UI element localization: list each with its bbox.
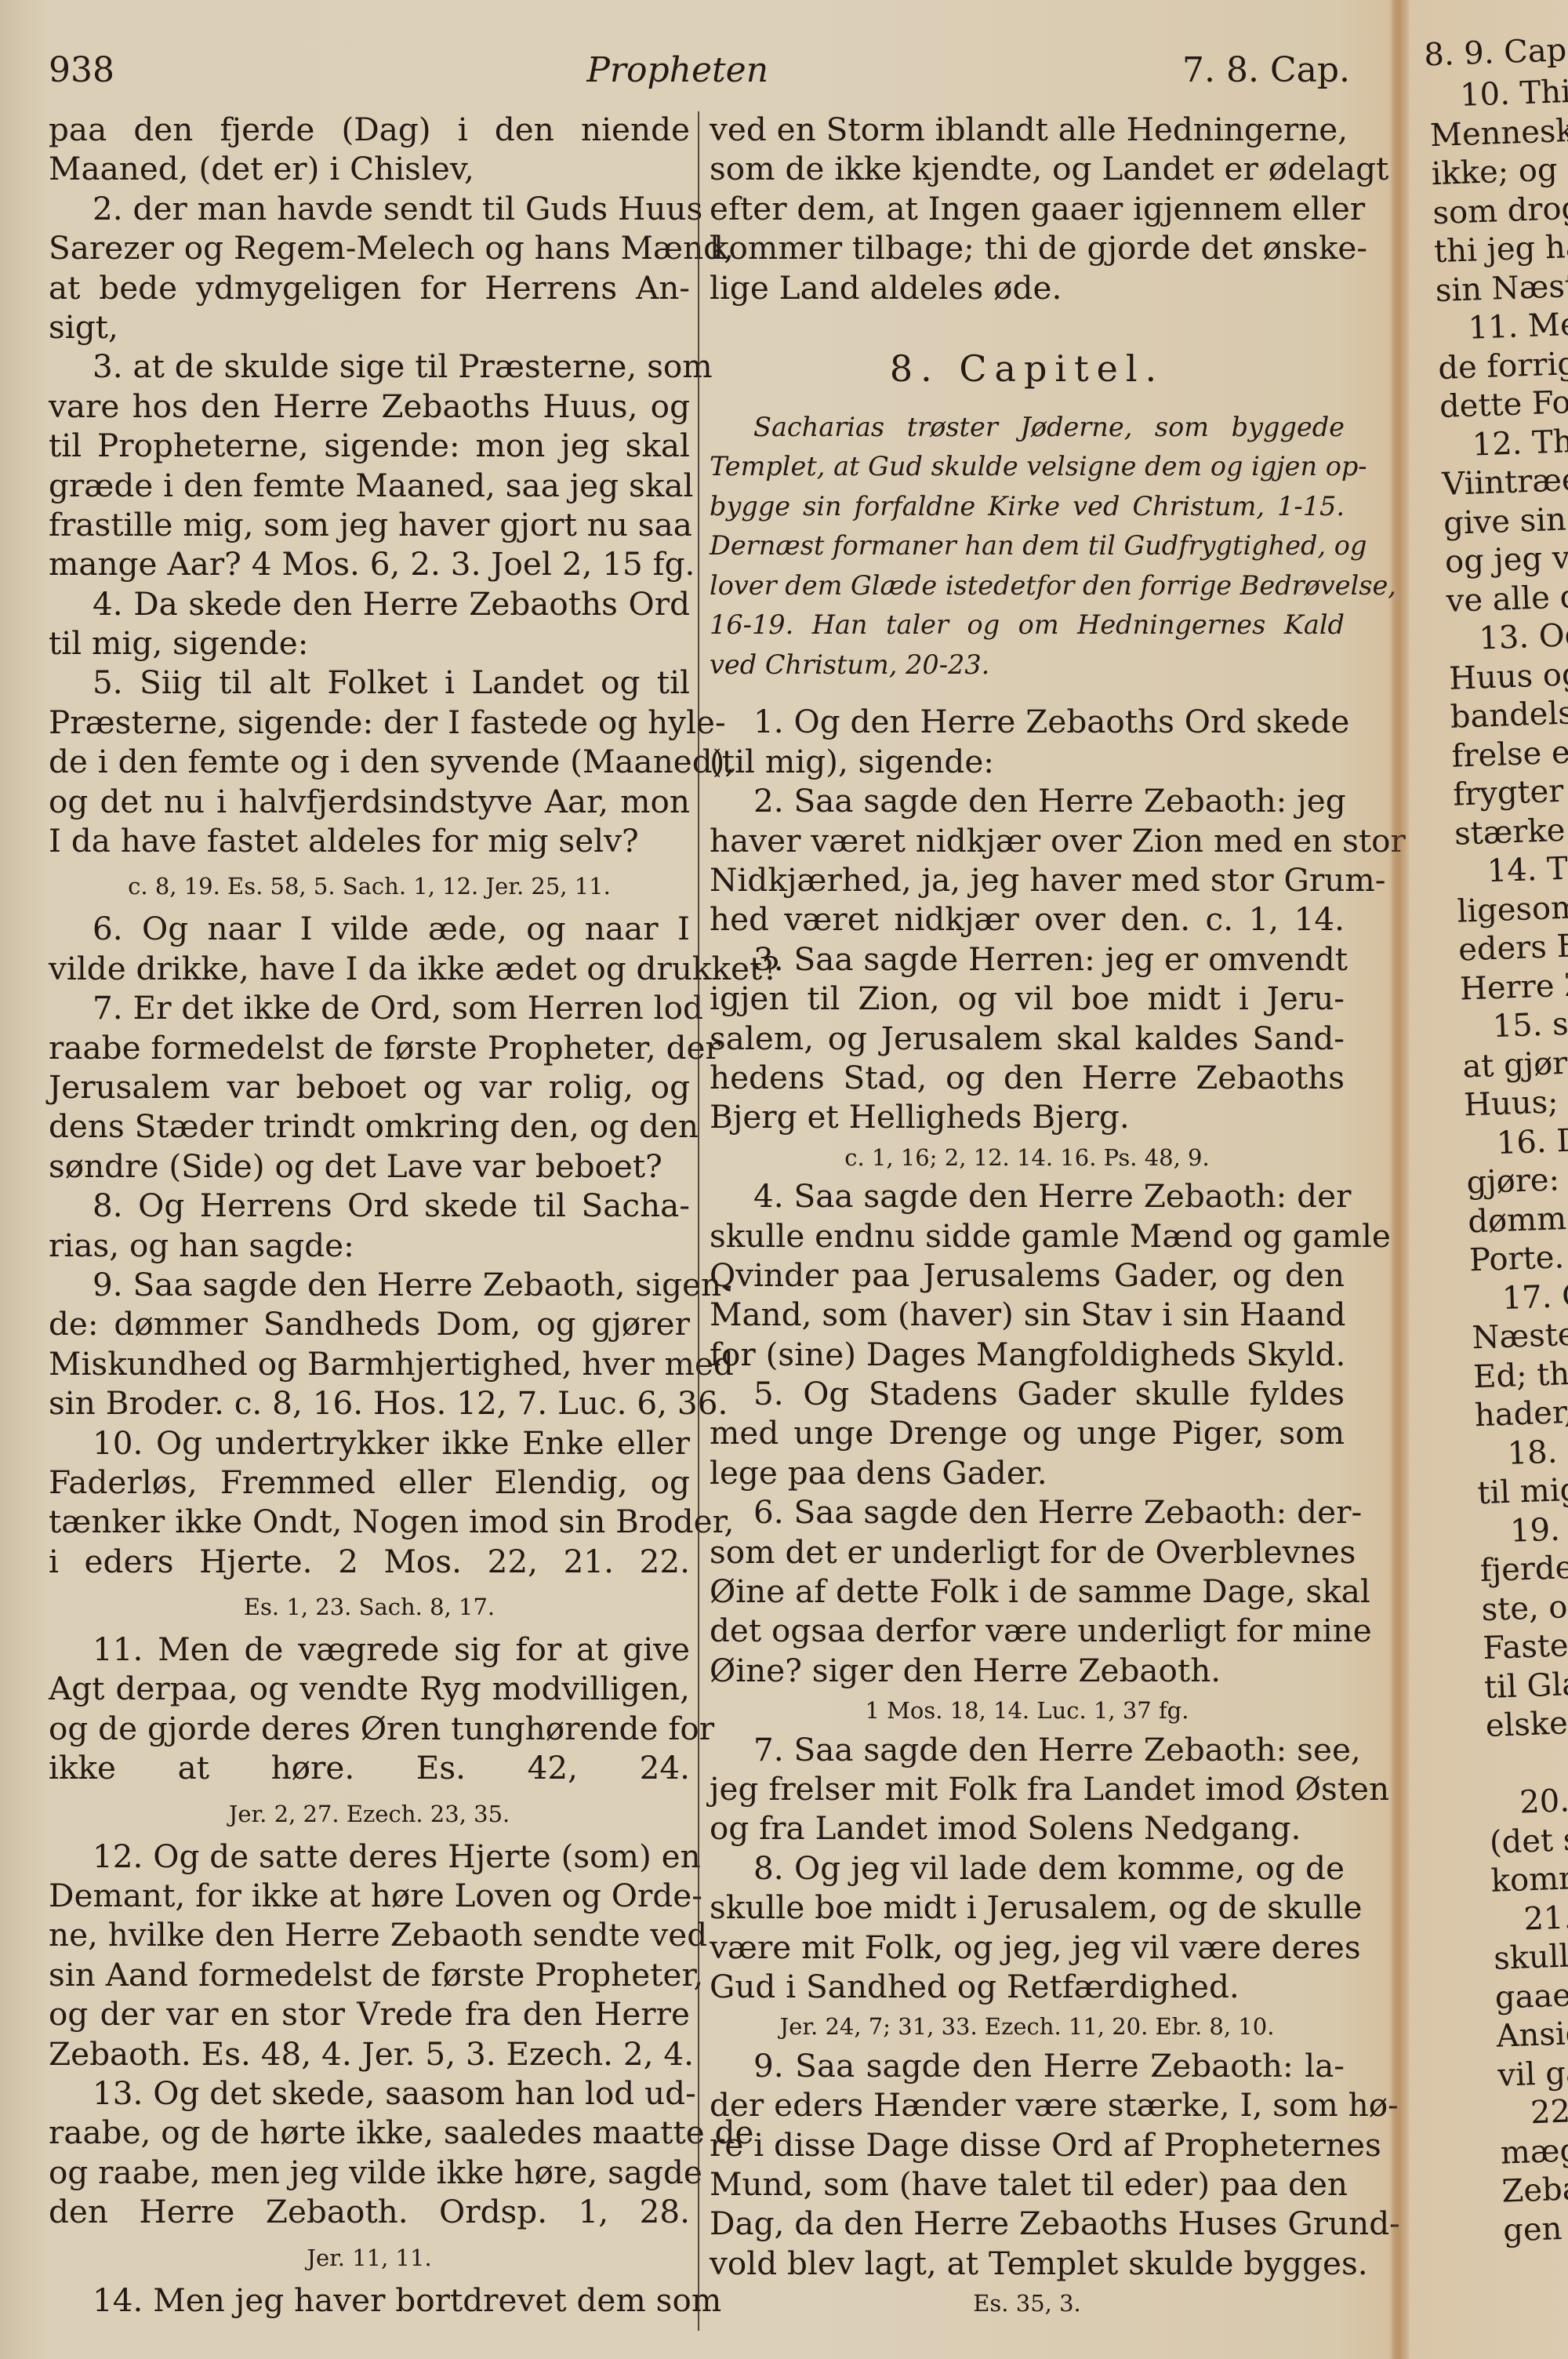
text-line: Herre Zeba <box>1459 963 1568 1009</box>
text-line: 9. Saa sagde den Herre Zebaoth, sigen- <box>49 1265 690 1304</box>
book-gutter <box>1392 0 1409 2359</box>
page-number: 938 <box>49 50 114 90</box>
text-line: Sarezer og Regem-Melech og hans Mænd, <box>49 228 690 267</box>
text-line: Jerusalem var beboet og var rolig, og <box>49 1067 690 1107</box>
text-line: I da have fastet aldeles for mig selv? <box>49 821 690 860</box>
text-line: Faderløs, Fremmed eller Elendig, og <box>49 1463 690 1502</box>
text-line: Qvinder paa Jerusalems Gader, og den <box>710 1256 1345 1295</box>
cross-reference: Jer. 24, 7; 31, 33. Ezech. 11, 20. Ebr. … <box>710 2006 1345 2045</box>
text-line: Mand, som (haver) sin Stav i sin Haand <box>710 1295 1345 1334</box>
text-line: frygter ikk <box>1453 769 1568 815</box>
text-line: (det skal) <box>1489 1817 1568 1863</box>
text-line: sin Aand formedelst de første Propheter, <box>49 1955 690 1994</box>
text-line: jeg frelser mit Folk fra Landet imod Øst… <box>710 1769 1345 1808</box>
text-line: Dernæst formaner han dem til Gudfrygtigh… <box>710 526 1345 566</box>
left-page: 938 Propheten 7. 8. Cap. paa den fjerde … <box>0 0 1396 2359</box>
text-line: Nidkjærhed, ja, jeg haver med stor Grum- <box>710 860 1345 900</box>
text-line: 19. Saa <box>1478 1507 1568 1552</box>
cross-reference: c. 8, 19. Es. 58, 5. Sach. 1, 12. Jer. 2… <box>49 860 690 909</box>
text-line: 15. saa <box>1461 1002 1568 1048</box>
text-line: 20. Saa <box>1487 1778 1568 1823</box>
text-line: paa den fjerde (Dag) i den niende <box>49 110 690 149</box>
text-line: ikke; og for <box>1431 149 1568 194</box>
text-line: Øine? siger den Herre Zebaoth. <box>710 1651 1345 1690</box>
cross-reference: c. 1, 16; 2, 12. 14. 16. Ps. 48, 9. <box>710 1137 1345 1176</box>
text-line: Huus og <box>1448 653 1568 699</box>
text-line: skulle gaae <box>1493 1933 1568 1979</box>
text-line: for (sine) Dages Mangfoldigheds Skyld. <box>710 1335 1345 1374</box>
text-line: 8. Og Herrens Ord skede til Sacha- <box>49 1186 690 1225</box>
text-line: til Glæde <box>1483 1662 1568 1707</box>
text-line: 3. Saa sagde Herren: jeg er omvendt <box>710 940 1345 979</box>
spacer <box>710 685 1345 702</box>
text-line: Porte. E <box>1468 1235 1568 1281</box>
text-line: 17. Og <box>1470 1274 1568 1319</box>
text-line: at bede ydmygeligen for Herrens An- <box>49 268 690 307</box>
text-line: der eders Hænder være stærke, I, som hø- <box>710 2085 1345 2125</box>
text-line: Ed; thi all <box>1472 1351 1568 1397</box>
text-line: lover dem Glæde istedetfor den forrige B… <box>710 566 1345 606</box>
text-line: Templet, at Gud skulde velsigne dem og i… <box>710 447 1345 487</box>
text-line: 13. Og det skede, saasom han lod ud- <box>49 2074 690 2113</box>
text-line: Menneskers <box>1429 110 1568 155</box>
text-line: de: dømmer Sandheds Dom, og gjører <box>49 1304 690 1343</box>
text-line: 7. Saa sagde den Herre Zebaoth: see, <box>710 1730 1345 1769</box>
text-line: 3. at de skulde sige til Præsterne, som <box>49 347 690 386</box>
text-line: 11. Men de vægrede sig for at give <box>49 1630 690 1669</box>
text-line: Ansigt og <box>1496 2011 1568 2056</box>
facing-page-header: 8. 9. Cap. <box>1424 32 1568 74</box>
chapter-summary: Sacharias trøster Jøderne, som byggedeTe… <box>710 408 1345 685</box>
text-line: 2. der man havde sendt til Guds Huus <box>49 189 690 228</box>
text-line: 12. Thi <box>1440 420 1568 466</box>
text-line: ikke at høre. Es. 42, 24. <box>49 1748 690 1787</box>
text-line: og de gjorde deres Øren tunghørende for <box>49 1709 690 1748</box>
text-line: Gud i Sandhed og Retfærdighed. <box>710 1967 1345 2006</box>
text-line: skulle boe midt i Jerusalem, og de skull… <box>710 1888 1345 1927</box>
text-line: Sacharias trøster Jøderne, som byggede <box>710 408 1345 448</box>
chapter-range: 7. 8. Cap. <box>1182 50 1350 90</box>
text-line: som de ikke kjendte, og Landet er ødelag… <box>710 149 1345 188</box>
text-line: 7. Er det ikke de Ord, som Herren lod <box>49 988 690 1027</box>
cross-reference: Es. 35, 3. <box>710 2283 1345 2322</box>
text-line: elsker ikkun <box>1485 1700 1568 1746</box>
text-line: salem, og Jerusalem skal kaldes Sand- <box>710 1019 1345 1058</box>
text-line: ved Christum, 20-23. <box>710 645 1345 685</box>
text-line: sin Næste. <box>1435 265 1568 311</box>
text-line: 4. Saa sagde den Herre Zebaoth: der <box>710 1176 1345 1216</box>
text-line: 16. Dis <box>1465 1118 1568 1164</box>
text-line: ve alle disse <box>1446 576 1568 621</box>
text-line: haver været nidkjær over Zion med en sto… <box>710 821 1345 860</box>
cross-reference: Jer. 2, 27. Ezech. 23, 35. <box>49 1788 690 1837</box>
text-line: vold blev lagt, at Templet skulde bygges… <box>710 2244 1345 2283</box>
running-title: Propheten <box>586 50 768 90</box>
text-line: Miskundhed og Barmhjertighed, hver med <box>49 1344 690 1383</box>
cross-reference: 1 Mos. 18, 14. Luc. 1, 37 fg. <box>710 1690 1345 1729</box>
text-line: dømmer S <box>1468 1196 1568 1241</box>
text-line: rias, og han sagde: <box>49 1226 690 1265</box>
text-line: 6. Saa sagde den Herre Zebaoth: der- <box>710 1492 1345 1532</box>
text-line: vilde drikke, have I da ikke ædet og dru… <box>49 949 690 988</box>
text-line: 12. Og de satte deres Hjerte (som) en <box>49 1837 690 1876</box>
text-line: Øine af dette Folk i de samme Dage, skal <box>710 1572 1345 1611</box>
text-line: til mig, sige <box>1477 1468 1568 1514</box>
text-line: thi jeg havd <box>1433 226 1568 271</box>
text-line: 10. Og undertrykker ikke Enke eller <box>49 1423 690 1463</box>
text-line: Huus; fryg <box>1463 1080 1568 1125</box>
text-line: og der var en stor Vrede fra den Herre <box>49 1994 690 2034</box>
text-line: frastille mig, som jeg haver gjort nu sa… <box>49 505 690 544</box>
text-line: Viintræet f <box>1442 459 1568 504</box>
text-line: 4. Da skede den Herre Zebaoths Ord <box>49 584 690 623</box>
text-line: gjøre: tale <box>1466 1158 1568 1203</box>
text-line: frelse eder, <box>1451 731 1568 776</box>
text-line: hader, siger <box>1474 1390 1568 1436</box>
text-line: og det nu i halvfjerdsindstyve Aar, mon <box>49 782 690 821</box>
text-line: skulle endnu sidde gamle Mænd og gamle <box>710 1216 1345 1256</box>
text-line: Agt derpaa, og vendte Ryg modvilligen, <box>49 1669 690 1708</box>
text-line: bandelse ik <box>1450 692 1568 737</box>
text-line: Maaned, (det er) i Chislev, <box>49 149 690 188</box>
text-line: raabe formedelst de første Propheter, de… <box>49 1028 690 1067</box>
text-line: lege paa dens Gader. <box>710 1453 1345 1492</box>
text-line: 5. Siig til alt Folket i Landet og til <box>49 663 690 702</box>
text-line: stærke. <box>1454 809 1568 854</box>
text-line: ste, og den <box>1481 1584 1568 1630</box>
text-line: Zebaoth. Es. 48, 4. Jer. 5, 3. Ezech. 2,… <box>49 2034 690 2074</box>
left-column: paa den fjerde (Dag) i den niendeMaaned,… <box>49 110 690 2320</box>
text-line: 1. Og den Herre Zebaoths Ord skede <box>710 702 1345 741</box>
cross-reference: Jer. 11, 11. <box>49 2232 690 2281</box>
text-line: Bjerg et Helligheds Bjerg. <box>710 1097 1345 1136</box>
text-line: det ogsaa derfor være underligt for mine <box>710 1611 1345 1650</box>
text-line: kommer tilbage; thi de gjorde det ønske- <box>710 228 1345 267</box>
text-line: tænker ikke Ondt, Nogen imod sin Broder, <box>49 1502 690 1541</box>
text-line: søndre (Side) og det Lave var beboet? <box>49 1147 690 1186</box>
cross-reference: Es. 1, 23. Sach. 8, 17. <box>49 1581 690 1630</box>
text-line: at gjøre v <box>1462 1041 1568 1086</box>
text-line: de forrige <box>1438 343 1568 388</box>
text-line: og fra Landet imod Solens Nedgang. <box>710 1808 1345 1848</box>
text-line: 14. Thi <box>1455 847 1568 892</box>
text-line: sin Broder. c. 8, 16. Hos. 12, 7. Luc. 6… <box>49 1383 690 1423</box>
text-line: 13. Og <box>1447 614 1568 660</box>
text-line: ved en Storm iblandt alle Hedningerne, <box>710 110 1345 149</box>
text-line: 11. Men <box>1436 304 1568 349</box>
text-line: mægtige H <box>1500 2128 1568 2173</box>
text-line: re i disse Dage disse Ord af Propheterne… <box>710 2125 1345 2165</box>
text-line: dens Stæder trindt omkring den, og den <box>49 1107 690 1146</box>
text-line: 9. Saa sagde den Herre Zebaoth: la- <box>710 2046 1345 2085</box>
text-line: eders Fædr <box>1457 925 1568 970</box>
text-line: til mig, sigende: <box>49 623 690 663</box>
facing-page-partial: 8. 9. Cap. 10. ThiMenneskersikke; og for… <box>1411 0 1568 2357</box>
text-line: fjerde (Maa <box>1479 1545 1568 1590</box>
chapter-7-ending: ved en Storm iblandt alle Hedningerne,so… <box>710 110 1345 307</box>
text-line: hedens Stad, og den Herre Zebaoths <box>710 1058 1345 1097</box>
right-column: ved en Storm iblandt alle Hedningerne,so… <box>710 110 1345 2322</box>
text-line: de i den femte og i den syvende (Maaned)… <box>49 742 690 781</box>
text-line: 6. Og naar I vilde æde, og naar I <box>49 909 690 948</box>
text-line: Præsterne, sigende: der I fastede og hyl… <box>49 703 690 742</box>
text-line: ne, hvilke den Herre Zebaoth sendte ved <box>49 1915 690 1954</box>
text-line: 10. Thi <box>1428 71 1568 117</box>
text-line: med unge Drenge og unge Piger, som <box>710 1413 1345 1452</box>
text-line: vil gaae, je <box>1497 2050 1568 2095</box>
text-line: til Propheterne, sigende: mon jeg skal <box>49 426 690 465</box>
text-line: (til mig), sigende: <box>710 742 1345 781</box>
text-line: Næste, i ed <box>1472 1313 1568 1358</box>
text-line: i eders Hjerte. 2 Mos. 22, 21. 22. <box>49 1542 690 1581</box>
page-header: 938 Propheten 7. 8. Cap. <box>49 50 1350 105</box>
text-line: Faste, skal <box>1483 1623 1568 1668</box>
text-line: give sin Gr <box>1443 498 1568 543</box>
column-divider <box>698 111 699 2331</box>
text-line: Mund, som (have talet til eder) paa den <box>710 2165 1345 2204</box>
text-line: den Herre Zebaoth. Ordsp. 1, 28. <box>49 2192 690 2231</box>
text-line: græde i den femte Maaned, saa jeg skal <box>49 466 690 505</box>
text-line: gaae for at <box>1494 1972 1568 2018</box>
text-line: hed været nidkjær over den. c. 1, 14. <box>710 900 1345 939</box>
text-line: 8. Og jeg vil lade dem komme, og de <box>710 1848 1345 1888</box>
text-line <box>1486 1739 1568 1785</box>
text-line: bygge sin forfaldne Kirke ved Christum, … <box>710 487 1345 527</box>
text-line: vare hos den Herre Zebaoths Huus, og <box>49 387 690 426</box>
text-line: sigt, <box>49 307 690 347</box>
text-line: 18. Og <box>1475 1429 1568 1474</box>
text-line: komme, og <box>1490 1856 1568 1901</box>
text-line: 2. Saa sagde den Herre Zebaoth: jeg <box>710 781 1345 820</box>
chapter-heading: 8. Capitel. <box>710 329 1345 408</box>
text-line: ligesom jeg <box>1457 885 1568 931</box>
text-line: være mit Folk, og jeg, jeg vil være dere… <box>710 1928 1345 1967</box>
text-line: 22. Og <box>1498 2088 1568 2134</box>
text-line: dette Folk, f <box>1439 381 1568 427</box>
text-line: mange Aar? 4 Mos. 6, 2. 3. Joel 2, 15 fg… <box>49 544 690 583</box>
facing-page-column: 10. ThiMenneskersikke; og forsom drog in… <box>1428 71 1568 2251</box>
text-line: 14. Men jeg haver bortdrevet dem som <box>49 2281 690 2320</box>
chapter-8-verses: 1. Og den Herre Zebaoths Ord skede(til m… <box>710 702 1345 2322</box>
text-line: Zebaoth i <box>1501 2166 1568 2212</box>
text-line: efter dem, at Ingen gaaer igjennem eller <box>710 189 1345 228</box>
text-line: lige Land aldeles øde. <box>710 268 1345 307</box>
text-line: igjen til Zion, og vil boe midt i Jeru- <box>710 979 1345 1018</box>
text-line: Dag, da den Herre Zebaoths Huses Grund- <box>710 2204 1345 2243</box>
text-line: som det er underligt for de Overblevnes <box>710 1532 1345 1572</box>
text-line: og jeg vil l <box>1444 536 1568 582</box>
text-line: gen for He <box>1502 2205 1568 2250</box>
text-line: 21. Og <box>1492 1895 1568 1940</box>
text-line: raabe, og de hørte ikke, saaledes maatte… <box>49 2113 690 2152</box>
text-line: som drog in <box>1432 187 1568 233</box>
text-line: Demant, for ikke at høre Loven og Orde- <box>49 1876 690 1915</box>
text-line: 16-19. Han taler og om Hedningernes Kald <box>710 605 1345 645</box>
text-line: og raabe, men jeg vilde ikke høre, sagde <box>49 2153 690 2192</box>
text-line: 5. Og Stadens Gader skulle fyldes <box>710 1374 1345 1413</box>
